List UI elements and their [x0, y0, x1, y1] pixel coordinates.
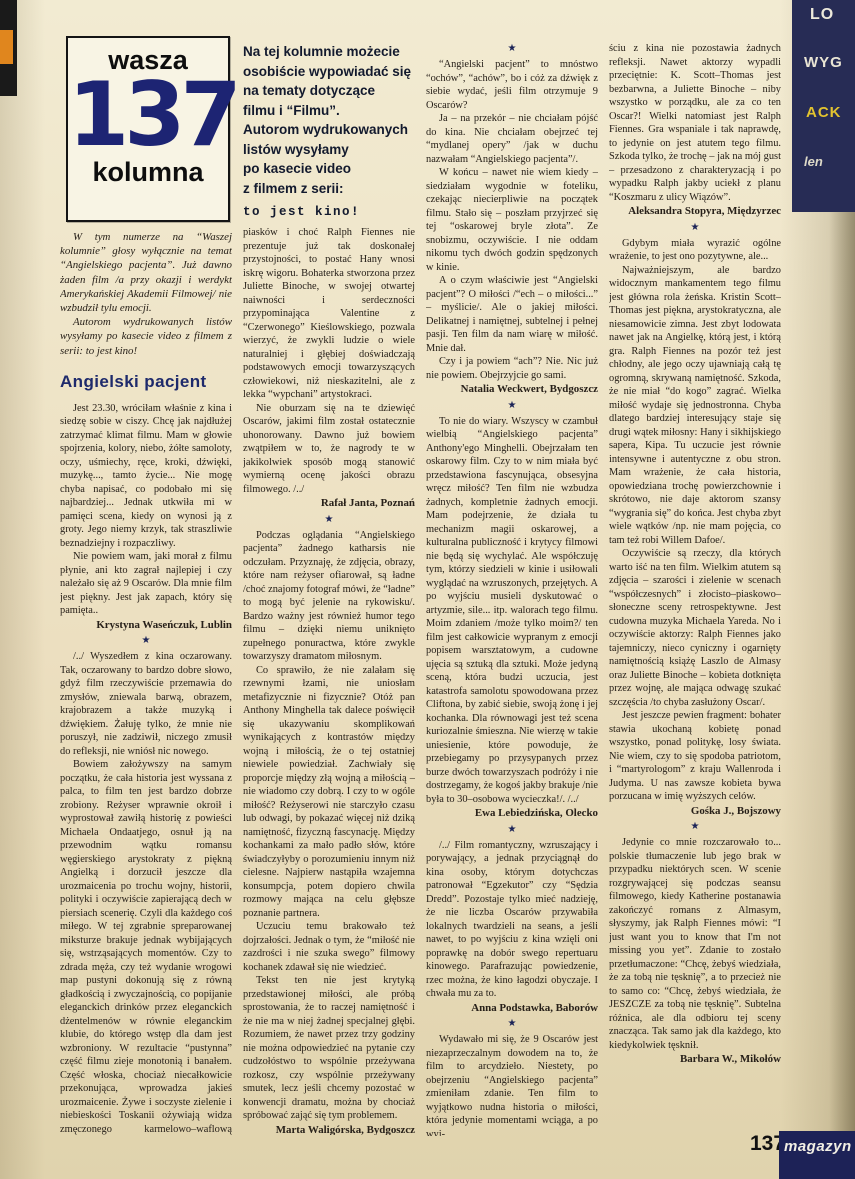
letter-paragraph: Czy i ja powiem “ach”? Nie. Nic już nie … — [426, 355, 598, 382]
letter-paragraph: Co sprawiło, że nie zalałam się rzewnymi… — [243, 664, 415, 921]
letter-paragraph: Wydawało mi się, że 9 Oscarów jest nieza… — [426, 1033, 598, 1136]
intro-box: Na tej kolumnie możecie osobiście wypowi… — [243, 42, 423, 219]
edge-text-fragment: LO — [810, 6, 834, 24]
letter-paragraph: Najważniejszym, ale bardzo widocznym man… — [609, 264, 781, 548]
editorial-note: W tym numerze na “Waszej kolumnie” głosy… — [60, 230, 232, 315]
page-edge-shadow — [829, 212, 855, 1131]
letter-paragraph: ściu z kina nie pozostawia żadnych refle… — [609, 42, 781, 204]
right-edge-strip: LO WYG ACK len — [792, 0, 855, 212]
magazine-name: magazyn — [784, 1138, 852, 1155]
letter-paragraph: Gdybym miała wyrazić ogólne wrażenie, to… — [609, 237, 781, 264]
author-name: Krystyna Waseńczuk, Lublin — [60, 619, 232, 633]
letter-paragraph: Oczywiście są rzeczy, dla których warto … — [609, 547, 781, 709]
letter-paragraph: piasków i choć Ralph Fiennes nie prezent… — [243, 226, 415, 402]
star-separator: ★ — [426, 1017, 598, 1031]
star-separator: ★ — [60, 634, 232, 648]
text-column-2: piasków i choć Ralph Fiennes nie prezent… — [243, 226, 415, 1135]
text-column-4: ściu z kina nie pozostawia żadnych refle… — [609, 42, 781, 1136]
letter-paragraph: W końcu – nawet nie wiem kiedy – siedzia… — [426, 166, 598, 274]
letter-paragraph: Jest jeszcze pewien fragment: bohater st… — [609, 709, 781, 804]
letter-paragraph: Podczas oglądania “Angielskiego pacjenta… — [243, 529, 415, 664]
star-separator: ★ — [609, 221, 781, 235]
author-name: Gośka J., Bojszowy — [609, 805, 781, 819]
left-edge-strip — [0, 0, 17, 96]
column-logo-box: wasza 137 kolumna — [66, 36, 230, 222]
intro-text: Na tej kolumnie możecie osobiście wypowi… — [243, 42, 423, 198]
author-name: Aleksandra Stopyra, Międzyrzec — [609, 205, 781, 219]
star-separator: ★ — [243, 513, 415, 527]
letter-paragraph: “Angielski pacjent” to mnóstwo “ochów”, … — [426, 58, 598, 112]
letter-paragraph: Bowiem założywszy na samym początku, że … — [60, 758, 232, 1135]
magazine-page: LO WYG ACK len wasza 137 kolumna Na tej … — [0, 0, 855, 1179]
author-name: Marta Waligórska, Bydgoszcz — [243, 1124, 415, 1136]
edge-text-fragment: len — [804, 154, 823, 169]
text-column-1: W tym numerze na “Waszej kolumnie” głosy… — [60, 230, 232, 1135]
letter-paragraph: A o czym właściwie jest “Angielski pacje… — [426, 274, 598, 355]
letter-paragraph: /../ Wyszedłem z kina oczarowany. Tak, o… — [60, 650, 232, 758]
author-name: Anna Podstawka, Baborów — [426, 1002, 598, 1016]
edge-text-fragment: ACK — [806, 104, 842, 121]
edge-text-fragment: WYG — [804, 54, 843, 71]
text-column-3: ★“Angielski pacjent” to mnóstwo “ochów”,… — [426, 40, 598, 1136]
letter-paragraph: Nie oburzam się na te dziewięć Oscarów, … — [243, 402, 415, 497]
magazine-logo-box: magazyn — [779, 1131, 855, 1179]
letter-paragraph: /../ Film romantyczny, wzruszający i por… — [426, 839, 598, 1001]
star-separator: ★ — [426, 42, 598, 56]
author-name: Rafał Janta, Poznań — [243, 497, 415, 511]
letter-paragraph: Tekst ten nie jest krytyką przedstawione… — [243, 974, 415, 1123]
letter-paragraph: Jedynie co mnie rozczarowało to... polsk… — [609, 836, 781, 1052]
author-name: Ewa Lebiedzińska, Olecko — [426, 807, 598, 821]
author-name: Barbara W., Mikołów — [609, 1053, 781, 1067]
star-separator: ★ — [609, 820, 781, 834]
editorial-note: Autorom wydrukowanych listów wysyłamy po… — [60, 315, 232, 358]
orange-edge-mark — [0, 30, 13, 64]
letter-paragraph: Ja – na przekór – nie chciałam pójść do … — [426, 112, 598, 166]
author-name: Natalia Weckwert, Bydgoszcz — [426, 383, 598, 397]
logo-number: 137 — [68, 75, 228, 155]
star-separator: ★ — [426, 823, 598, 837]
star-separator: ★ — [426, 399, 598, 413]
letter-paragraph: Uczuciu temu brakowało też dojrzałości. … — [243, 920, 415, 974]
letter-paragraph: Jest 23.30, wróciłam właśnie z kina i si… — [60, 402, 232, 551]
letter-paragraph: To nie do wiary. Wszyscy w czambuł wielb… — [426, 415, 598, 807]
section-heading: Angielski pacjent — [60, 371, 232, 392]
letter-paragraph: Nie powiem wam, jaki morał z filmu płyni… — [60, 550, 232, 618]
intro-tagline: to jest kino! — [243, 205, 423, 219]
